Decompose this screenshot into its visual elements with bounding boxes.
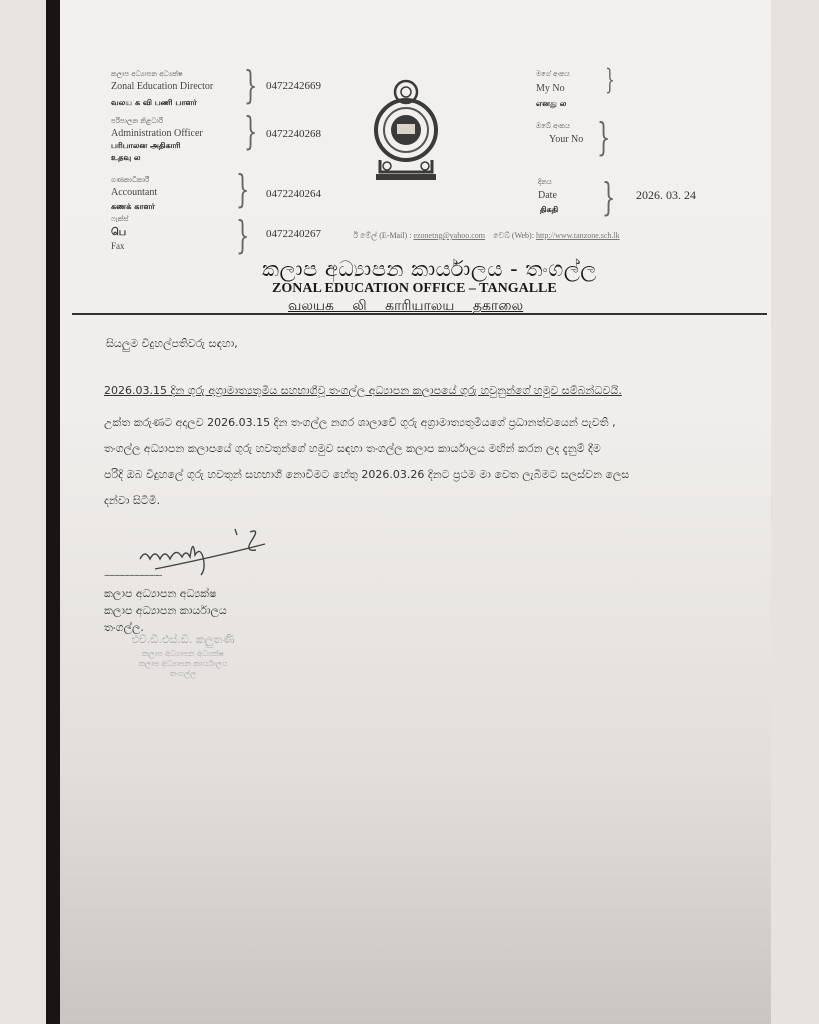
fax-label-ta: பெ (111, 227, 126, 239)
brace-icon: } (602, 178, 615, 216)
director-label-si: කලාප අධ්‍යාපන අධ්‍යක්ෂ (111, 70, 183, 79)
admin-label-ta2: உதவு ல (111, 153, 141, 163)
date-label-ta: திகதி (540, 205, 558, 215)
office-title-en: ZONAL EDUCATION OFFICE – TANGALLE (272, 281, 557, 297)
my-no-label-en: My No (536, 83, 565, 94)
fax-phone: 0472240267 (266, 228, 321, 240)
date-value: 2026. 03. 24 (636, 188, 696, 203)
director-label-en: Zonal Education Director (111, 81, 213, 92)
header-divider (72, 313, 767, 315)
signatory-title: කලාප අධ්‍යාපන අධ්‍යක්ෂ කලාප අධ්‍යාපන කාර… (104, 585, 227, 636)
brace-icon: } (605, 66, 615, 94)
brace-icon: } (236, 216, 249, 254)
date-label-si: දිනය (538, 178, 552, 187)
salutation: සියලුම විදුහල්පතිවරු සඳහා, (106, 337, 238, 351)
your-no-label-si: ඔබේ අංකය (536, 122, 570, 131)
stamp-line: කලාප අධ්‍යාපන කාර්යාලය (108, 659, 258, 669)
admin-label-en: Administration Officer (111, 128, 203, 139)
official-stamp: එච්.ඩී.එස්.ඩී. කලුතණි කලාප අධ්‍යාපන අධ්‍… (108, 633, 258, 679)
stamp-line: තංගල්ල (108, 669, 258, 679)
accountant-phone: 0472240264 (266, 188, 321, 200)
admin-label-ta: பரிபாலன அதிகாரி (111, 141, 181, 151)
your-no-label-en: Your No (549, 134, 583, 145)
brace-icon: } (244, 66, 257, 104)
stamp-line: එච්.ඩී.එස්.ඩී. කලුතණි (108, 633, 258, 647)
signatory-line: කලාප අධ්‍යාපන කාර්යාලය (104, 602, 227, 619)
accountant-label-si: ගණකාධිකාරී (111, 176, 149, 185)
document-binding-edge (46, 0, 60, 1024)
admin-label-si: පරිපාලන නිළධාරි (111, 117, 163, 126)
signature-dotted-line: ........................................… (104, 568, 162, 578)
my-no-label-ta: எனது ல (536, 99, 566, 109)
office-title-si: කලාප අධ්‍යාපන කාර්යාලය - තංගල්ල (262, 257, 597, 282)
my-no-label-si: මගේ අංකය (536, 70, 570, 79)
web-label: වෙබ් (Web): (493, 231, 534, 240)
brace-icon: } (236, 170, 249, 208)
brace-icon: } (244, 112, 257, 150)
contact-online: ඊ මේල් (E-Mail) : ezonetng@yahoo.com වෙබ… (353, 231, 620, 241)
body-paragraph: උක්ත කරුණට අදාලව 2026.03.15 දින තංගල්ල න… (104, 410, 744, 514)
director-phone: 0472242669 (266, 80, 321, 92)
subject-line: 2026.03.15 දින ගුරු අග්‍රාමාත්‍යතුමිය සහ… (104, 384, 744, 398)
background-left (0, 0, 46, 1024)
paragraph-line: දන්වා සිටිමි. (104, 488, 744, 514)
director-label-ta: வலய க வி பணி பாளர் (111, 98, 197, 108)
paragraph-line: තංගල්ල අධ්‍යාපන කලාපයේ ගුරු හවතුන්ගේ හමු… (104, 436, 744, 462)
fax-label-si: ෆැක්ස් (111, 215, 128, 224)
accountant-label-ta: கணக் காளர் (111, 202, 155, 212)
paragraph-line: පරිදි ඔබ විදුහලේ ගුරු හවතුන් සහභාගී නොවී… (104, 462, 744, 488)
paragraph-line: උක්ත කරුණට අදාලව 2026.03.15 දින තංගල්ල න… (104, 410, 744, 436)
signatory-line: කලාප අධ්‍යාපන අධ්‍යක්ෂ (104, 585, 227, 602)
sri-lanka-emblem-icon (372, 78, 440, 186)
email-label: ඊ මේල් (E-Mail) : (353, 231, 411, 240)
background-right (771, 0, 819, 1024)
admin-phone: 0472240268 (266, 128, 321, 140)
fax-label-en: Fax (111, 241, 125, 251)
brace-icon: } (597, 118, 610, 156)
email-link[interactable]: ezonetng@yahoo.com (413, 231, 485, 240)
stamp-line: කලාප අධ්‍යාපන අධ්‍යක්ෂ (108, 649, 258, 659)
accountant-label-en: Accountant (111, 187, 157, 198)
web-link[interactable]: http://www.tanzone.sch.lk (536, 231, 620, 240)
date-label-en: Date (538, 190, 557, 201)
